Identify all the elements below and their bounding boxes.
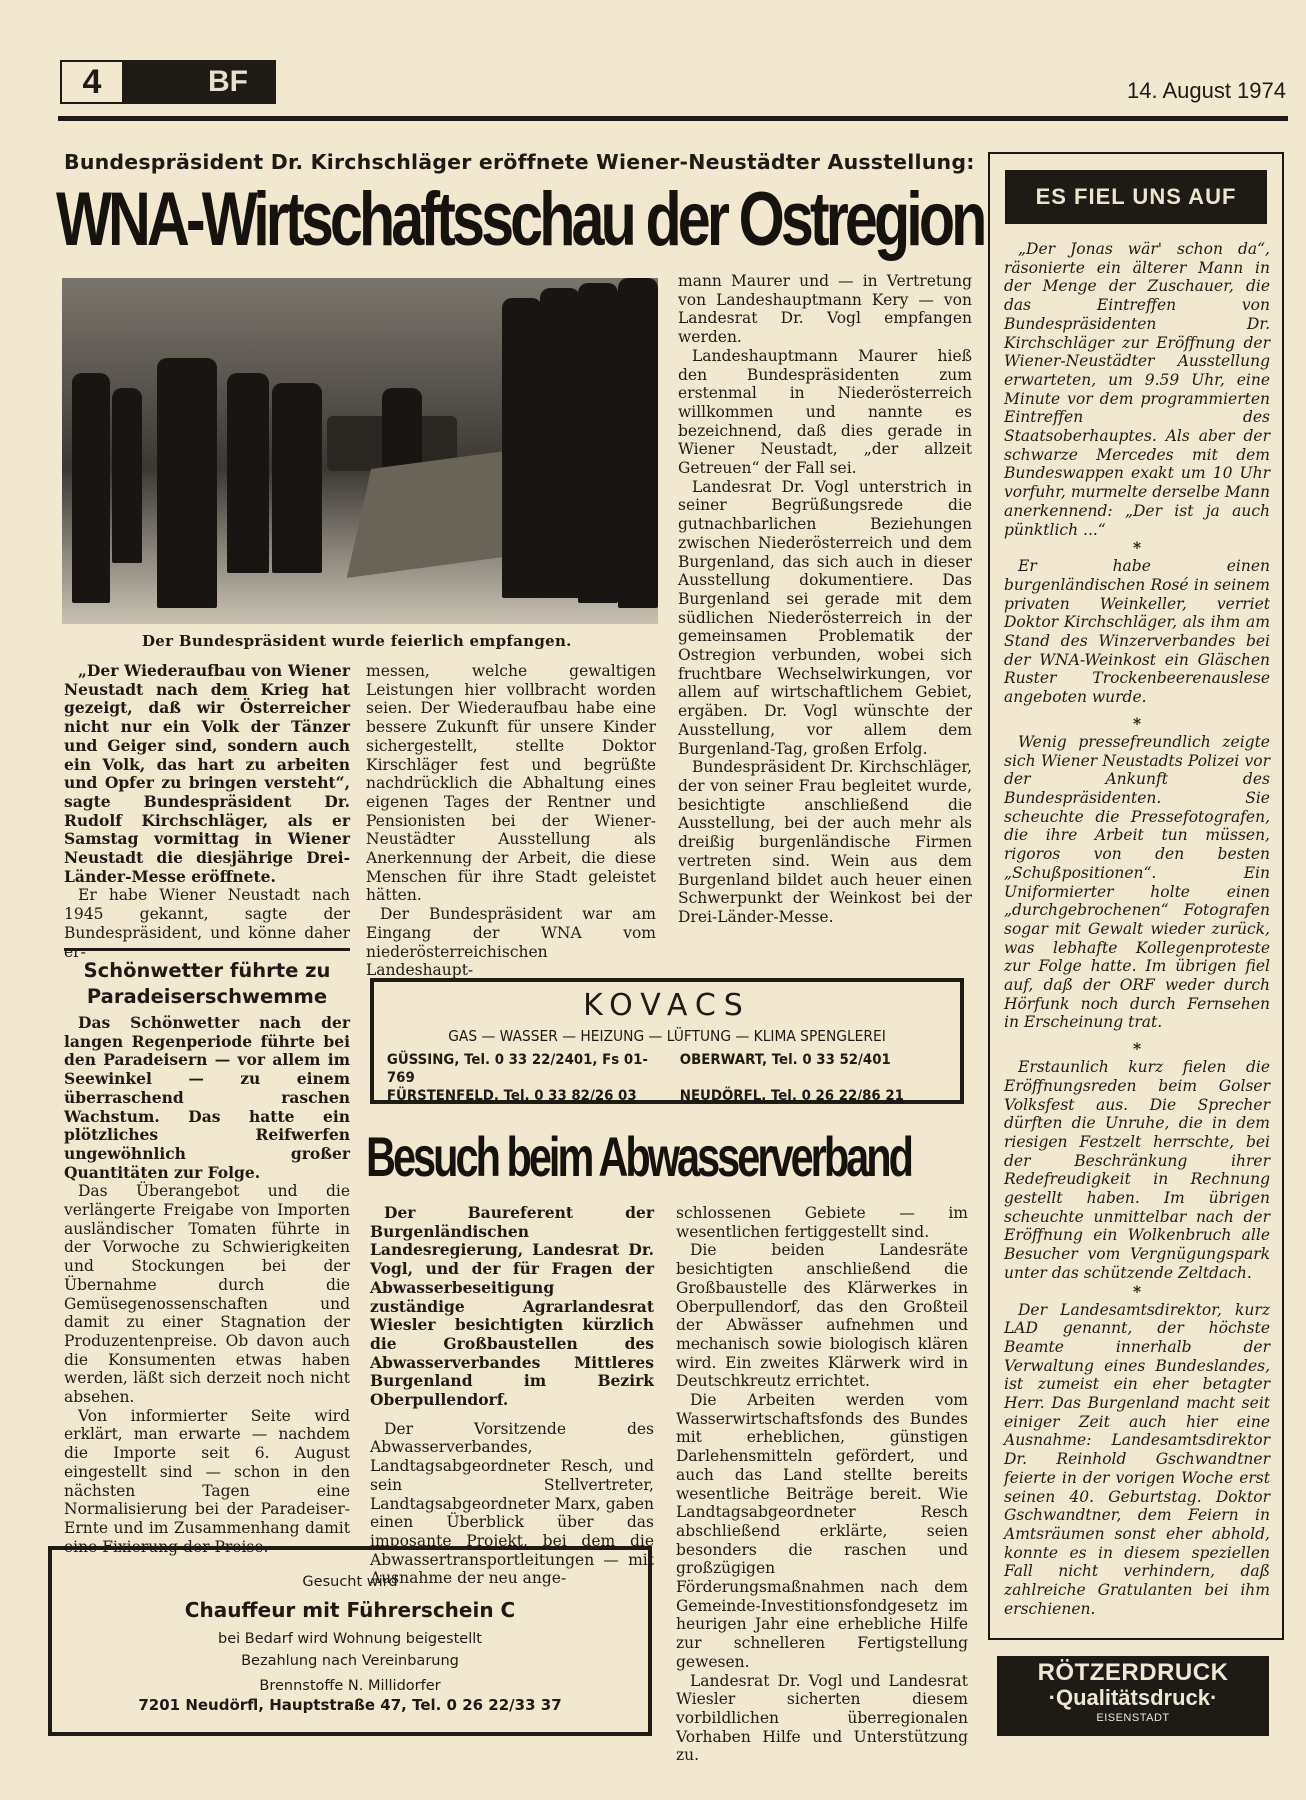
kovacs-locations: GÜSSING, Tel. 0 33 22/2401, Fs 01-769 OB… xyxy=(374,1045,913,1105)
photo-figure xyxy=(272,383,322,573)
separator-asterisk: * xyxy=(1004,539,1270,557)
job-ad-title: Chauffeur mit Führerschein C xyxy=(52,1598,648,1622)
header-rule xyxy=(58,116,1288,121)
sidebar-item: „Der Jonas wär' schon da“, räsonierte ei… xyxy=(1004,240,1270,539)
separator-asterisk: * xyxy=(1004,715,1270,733)
section-label: BF xyxy=(208,60,248,104)
photo-guard xyxy=(540,288,580,598)
tomato-article-body: Das Schönwetter nach der langen Regenper… xyxy=(64,1014,350,1556)
article-photo xyxy=(62,278,658,624)
main-article-kicker: Bundespräsident Dr. Kirchschläger eröffn… xyxy=(64,150,975,174)
photo-figure xyxy=(112,388,142,563)
kovacs-location: FÜRSTENFELD, Tel. 0 33 82/26 03 xyxy=(387,1087,673,1105)
paragraph: Der Baureferent der Burgenländischen Lan… xyxy=(370,1204,654,1410)
sewage-article-headline: Besuch beim Abwasserverband xyxy=(366,1122,911,1192)
paragraph: Landesrat Dr. Vogl und Landesrat Wiesler… xyxy=(676,1672,968,1766)
photo-guard xyxy=(578,283,618,603)
photo-guard xyxy=(502,298,542,598)
rotzer-city: EISENSTADT xyxy=(997,1710,1269,1726)
sidebar-item: Wenig pressefreundlich zeigte sich Wiene… xyxy=(1004,733,1270,1032)
job-ad-address: 7201 Neudörfl, Hauptstraße 47, Tel. 0 26… xyxy=(52,1696,648,1714)
main-article-col2: messen, welche gewaltigen Leistungen hie… xyxy=(366,662,656,980)
job-ad-company: Brennstoffe N. Millidorfer xyxy=(52,1678,648,1694)
separator-asterisk: * xyxy=(1004,1040,1270,1058)
sidebar-item: Erstaunlich kurz fielen die Eröffnungsre… xyxy=(1004,1058,1270,1282)
tomato-article-headline: Schönwetter führte zu Paradeiserschwemme xyxy=(64,958,350,1010)
main-article-col1: „Der Wiederaufbau von Wiener Neustadt na… xyxy=(64,662,350,961)
paragraph: Landesrat Dr. Vogl unterstrich in seiner… xyxy=(678,478,972,759)
paragraph: Von informierter Seite wird erklärt, man… xyxy=(64,1407,350,1557)
photo-flag xyxy=(347,448,527,578)
paragraph: Das Schönwetter nach der langen Regenper… xyxy=(64,1014,350,1182)
photo-figure xyxy=(157,358,217,608)
paragraph: Der Bundespräsident war am Eingang der W… xyxy=(366,905,656,980)
job-ad-detail: bei Bedarf wird Wohnung beigestellt xyxy=(52,1628,648,1650)
photo-caption: Der Bundespräsident wurde feierlich empf… xyxy=(142,632,572,650)
paragraph: mann Maurer und — in Vertretung von Land… xyxy=(678,272,972,347)
sidebar-item: Er habe einen burgenländischen Rosé in s… xyxy=(1004,557,1270,707)
sidebar-item: Der Landesamtsdirektor, kurz LAD genannt… xyxy=(1004,1301,1270,1619)
rotzer-slogan: ·Qualitätsdruck· xyxy=(997,1686,1269,1710)
rotzer-name: RÖTZERDRUCK xyxy=(997,1656,1269,1686)
job-ad-intro: Gesucht wird xyxy=(52,1574,648,1590)
kovacs-location: NEUDÖRFL, Tel. 0 26 22/86 21 xyxy=(680,1087,904,1105)
paragraph: „Der Wiederaufbau von Wiener Neustadt na… xyxy=(64,662,350,886)
job-advertisement: Gesucht wird Chauffeur mit Führerschein … xyxy=(48,1546,652,1736)
photo-figure xyxy=(227,373,269,573)
sidebar-title: ES FIEL UNS AUF xyxy=(1005,170,1267,224)
paragraph: Bundespräsident Dr. Kirchschläger, der v… xyxy=(678,758,972,926)
page-number: 4 xyxy=(62,62,122,102)
sidebar-body: „Der Jonas wär' schon da“, räsonierte ei… xyxy=(1004,240,1270,1619)
kovacs-location: OBERWART, Tel. 0 33 52/401 xyxy=(680,1051,904,1087)
paragraph: Die Arbeiten werden vom Wasserwirtschaft… xyxy=(676,1391,968,1672)
kovacs-name: KOVACS xyxy=(374,988,960,1023)
paragraph: schlossenen Gebiete — im wesentlichen fe… xyxy=(676,1204,968,1241)
paragraph: messen, welche gewaltigen Leistungen hie… xyxy=(366,662,656,905)
main-article-headline: WNA-Wirtschaftsschau der Ostregion xyxy=(56,176,770,264)
issue-date: 14. August 1974 xyxy=(1127,78,1286,104)
photo-figure xyxy=(72,373,110,603)
photo-guard xyxy=(618,278,658,608)
paragraph: Die beiden Landesräte besichtigten ansch… xyxy=(676,1241,968,1391)
job-ad-detail: Bezahlung nach Vereinbarung xyxy=(52,1650,648,1672)
separator-asterisk: * xyxy=(1004,1283,1270,1301)
main-article-col3: mann Maurer und — in Vertretung von Land… xyxy=(678,272,972,927)
kovacs-services: GAS — WASSER — HEIZUNG — LÜFTUNG — KLIMA… xyxy=(397,1027,936,1045)
rotzerdruck-advertisement: RÖTZERDRUCK ·Qualitätsdruck· EISENSTADT xyxy=(997,1656,1269,1736)
sewage-article-col1: Der Baureferent der Burgenländischen Lan… xyxy=(370,1204,654,1588)
section-divider xyxy=(64,948,350,951)
kovacs-advertisement: KOVACS GAS — WASSER — HEIZUNG — LÜFTUNG … xyxy=(370,978,964,1104)
sewage-article-col2: schlossenen Gebiete — im wesentlichen fe… xyxy=(676,1204,968,1765)
paragraph: Das Überangebot und die verlängerte Frei… xyxy=(64,1182,350,1406)
paragraph: Landeshauptmann Maurer hieß den Bundespr… xyxy=(678,347,972,478)
kovacs-location: GÜSSING, Tel. 0 33 22/2401, Fs 01-769 xyxy=(387,1051,673,1087)
